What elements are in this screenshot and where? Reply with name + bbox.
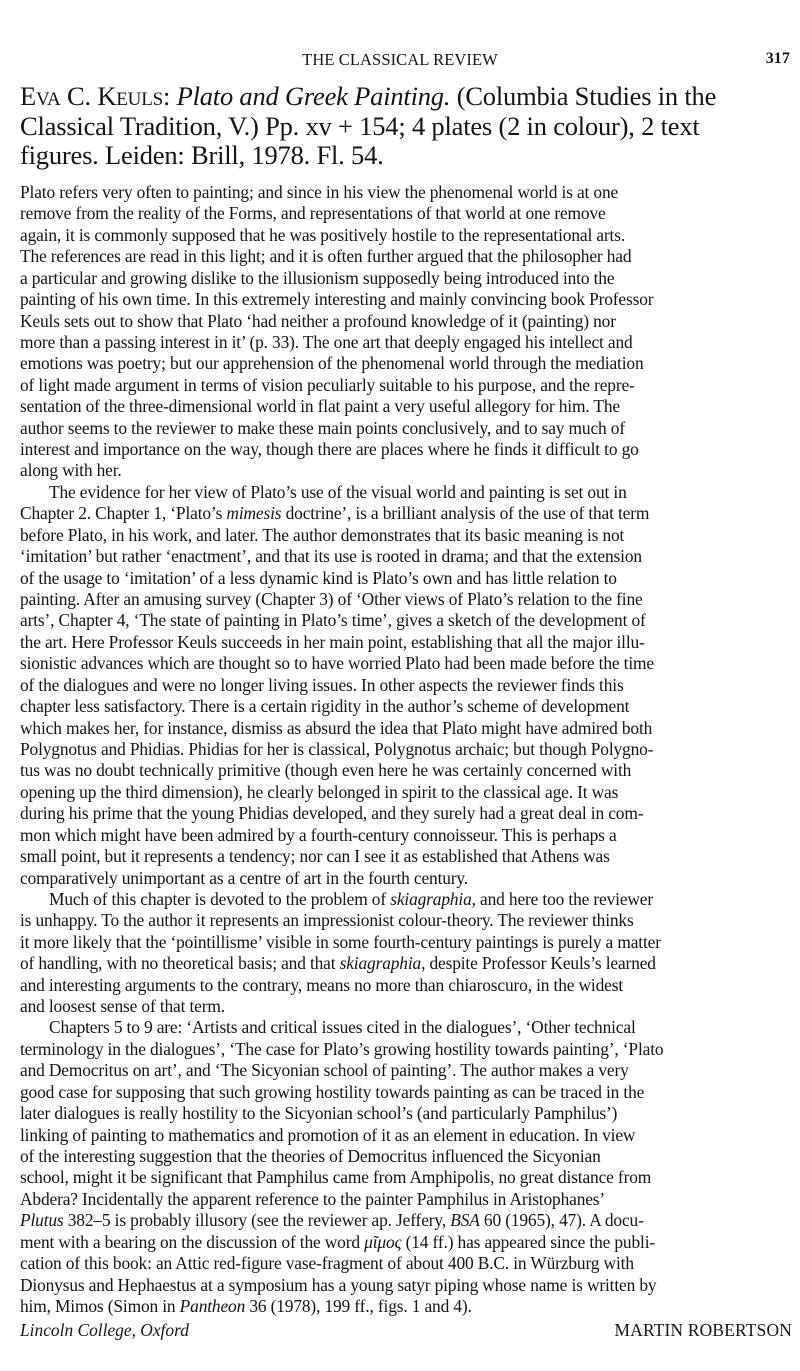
text-line: which makes her, for instance, dismiss a… bbox=[20, 718, 798, 739]
book-title: Plato and Greek Painting. bbox=[177, 81, 451, 111]
text-line: later dialogues is really hostility to t… bbox=[20, 1103, 798, 1124]
page-number: 317 bbox=[766, 50, 790, 68]
reviewer-affiliation: Lincoln College, Oxford bbox=[20, 1320, 189, 1341]
text-line: of the dialogues and were no longer livi… bbox=[20, 675, 798, 696]
text-line: more than a passing interest in it’ (p. … bbox=[20, 332, 798, 353]
text-line: of handling, with no theoretical basis; … bbox=[20, 953, 798, 974]
text-line: ment with a bearing on the discussion of… bbox=[20, 1232, 798, 1253]
text-line: The evidence for her view of Plato’s use… bbox=[20, 482, 798, 503]
text-run: Much of this chapter is devoted to the p… bbox=[49, 889, 390, 909]
citation-line-2: Classical Tradition, V.) Pp. xv + 154; 4… bbox=[20, 112, 798, 142]
text-run: , and here too the reviewer bbox=[472, 889, 653, 909]
text-line: it more likely that the ‘pointillisme’ v… bbox=[20, 932, 798, 953]
text-line: sionistic advances which are thought so … bbox=[20, 653, 798, 674]
text-line: interest and importance on the way, thou… bbox=[20, 439, 798, 460]
text-line: the art. Here Professor Keuls succeeds i… bbox=[20, 632, 798, 653]
work-title-plutus: Plutus bbox=[20, 1210, 64, 1230]
text-line: of the usage to ‘imitation’ of a less dy… bbox=[20, 568, 798, 589]
term-mimesis: mimesis bbox=[226, 503, 281, 523]
text-line: Plato refers very often to painting; and… bbox=[20, 182, 798, 203]
text-line: good case for supposing that such growin… bbox=[20, 1082, 798, 1103]
text-line: and interesting arguments to the contrar… bbox=[20, 975, 798, 996]
review-signature: Lincoln College, Oxford MARTIN ROBERTSON bbox=[20, 1320, 798, 1342]
text-line: mon which might have been admired by a f… bbox=[20, 825, 798, 846]
text-run: , despite Professor Keuls’s learned bbox=[421, 953, 656, 973]
text-line: Plutus 382–5 is probably illusory (see t… bbox=[20, 1210, 798, 1231]
text-line: ‘imitation’ but rather ‘enactment’, and … bbox=[20, 546, 798, 567]
text-line: Much of this chapter is devoted to the p… bbox=[20, 889, 798, 910]
text-line: comparatively unimportant as a centre of… bbox=[20, 868, 798, 889]
text-line: him, Mimos (Simon in Pantheon 36 (1978),… bbox=[20, 1296, 798, 1317]
journal-abbrev-bsa: BSA bbox=[450, 1210, 480, 1230]
citation-line1-rest: (Columbia Studies in the bbox=[450, 81, 716, 111]
journal-title-pantheon: Pantheon bbox=[180, 1296, 245, 1316]
text-run: ment with a bearing on the discussion of… bbox=[20, 1232, 364, 1252]
greek-word-mimos: μῖμος bbox=[364, 1232, 401, 1252]
reviewer-name: MARTIN ROBERTSON bbox=[615, 1320, 792, 1341]
text-line: Polygnotus and Phidias. Phidias for her … bbox=[20, 739, 798, 760]
paragraph-2: The evidence for her view of Plato’s use… bbox=[20, 482, 798, 889]
text-line: small point, but it represents a tendenc… bbox=[20, 846, 798, 867]
text-line: Abdera? Incidentally the apparent refere… bbox=[20, 1189, 798, 1210]
running-head: THE CLASSICAL REVIEW 317 bbox=[20, 50, 798, 72]
author-last-name: Keuls bbox=[97, 81, 163, 111]
author-first-name: Eva C. bbox=[20, 81, 97, 111]
text-run: doctrine’, is a brilliant analysis of th… bbox=[281, 503, 649, 523]
text-run: 382–5 is probably illusory (see the revi… bbox=[64, 1210, 451, 1230]
text-line: tus was no doubt technically primitive (… bbox=[20, 760, 798, 781]
text-line: linking of painting to mathematics and p… bbox=[20, 1125, 798, 1146]
text-run: him, Mimos (Simon in bbox=[20, 1296, 180, 1316]
journal-title: THE CLASSICAL REVIEW bbox=[20, 50, 780, 70]
text-line: and Democritus on art’, and ‘The Sicyoni… bbox=[20, 1060, 798, 1081]
text-run: 36 (1978), 199 ff., figs. 1 and 4). bbox=[245, 1296, 472, 1316]
text-line: Chapters 5 to 9 are: ‘Artists and critic… bbox=[20, 1017, 798, 1038]
text-run: of handling, with no theoretical basis; … bbox=[20, 953, 340, 973]
citation-line-3: figures. Leiden: Brill, 1978. Fl. 54. bbox=[20, 141, 798, 171]
text-line: Chapter 2. Chapter 1, ‘Plato’s mimesis d… bbox=[20, 503, 798, 524]
text-line: along with her. bbox=[20, 460, 798, 481]
text-line: painting of his own time. In this extrem… bbox=[20, 289, 798, 310]
paragraph-4: Chapters 5 to 9 are: ‘Artists and critic… bbox=[20, 1017, 798, 1317]
text-line: of light made argument in terms of visio… bbox=[20, 375, 798, 396]
paragraph-1: Plato refers very often to painting; and… bbox=[20, 182, 798, 482]
text-line: emotions was poetry; but our apprehensio… bbox=[20, 353, 798, 374]
text-run: 60 (1965), 47). A docu- bbox=[480, 1210, 644, 1230]
paragraph-3: Much of this chapter is devoted to the p… bbox=[20, 889, 798, 1018]
text-line: again, it is commonly supposed that he w… bbox=[20, 225, 798, 246]
text-line: chapter less satisfactory. There is a ce… bbox=[20, 696, 798, 717]
text-line: arts’, Chapter 4, ‘The state of painting… bbox=[20, 610, 798, 631]
text-line: Keuls sets out to show that Plato ‘had n… bbox=[20, 311, 798, 332]
text-line: author seems to the reviewer to make the… bbox=[20, 418, 798, 439]
text-line: opening up the third dimension), he clea… bbox=[20, 782, 798, 803]
text-line: cation of this book: an Attic red-figure… bbox=[20, 1253, 798, 1274]
text-line: painting. After an amusing survey (Chapt… bbox=[20, 589, 798, 610]
text-run: Chapter 2. Chapter 1, ‘Plato’s bbox=[20, 503, 226, 523]
text-line: of the interesting suggestion that the t… bbox=[20, 1146, 798, 1167]
review-body: Plato refers very often to painting; and… bbox=[20, 182, 798, 1317]
text-run: (14 ff.) has appeared since the publi- bbox=[401, 1232, 655, 1252]
text-line: and loosest sense of that term. bbox=[20, 996, 798, 1017]
text-line: school, might it be significant that Pam… bbox=[20, 1167, 798, 1188]
text-line: Dionysus and Hephaestus at a symposium h… bbox=[20, 1275, 798, 1296]
text-line: The references are read in this light; a… bbox=[20, 246, 798, 267]
text-line: before Plato, in his work, and later. Th… bbox=[20, 525, 798, 546]
text-line: is unhappy. To the author it represents … bbox=[20, 910, 798, 931]
term-skiagraphia: skiagraphia bbox=[390, 889, 471, 909]
text-line: during his prime that the young Phidias … bbox=[20, 803, 798, 824]
text-line: terminology in the dialogues’, ‘The case… bbox=[20, 1039, 798, 1060]
term-skiagraphia: skiagraphia bbox=[340, 953, 421, 973]
text-line: a particular and growing dislike to the … bbox=[20, 268, 798, 289]
book-citation: Eva C. Keuls: Plato and Greek Painting. … bbox=[20, 82, 798, 171]
text-line: remove from the reality of the Forms, an… bbox=[20, 203, 798, 224]
author-separator: : bbox=[163, 81, 177, 111]
text-line: sentation of the three-dimensional world… bbox=[20, 396, 798, 417]
